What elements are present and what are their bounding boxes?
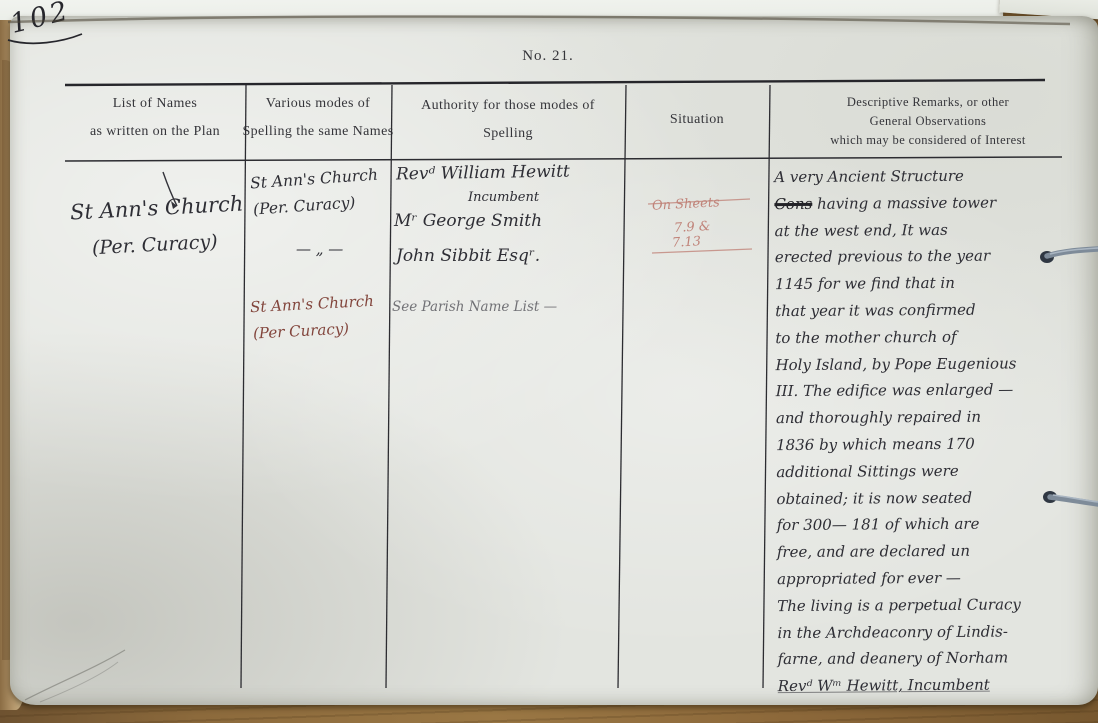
scanned-ledger-page: 102 No. 21. List of Names as written on … [0, 0, 1098, 723]
remarks-line: that year it was confirmed [775, 296, 1083, 325]
remarks-line: additional Sittings were [776, 457, 1084, 486]
remarks-line: Cons having a massive tower [774, 189, 1082, 218]
header-authority-line2: Spelling [483, 126, 533, 142]
remarks-line: 1145 for we find that in [775, 269, 1083, 298]
remarks-line: free, and are declared un [777, 537, 1085, 566]
remarks-line: Holy Island, by Pope Eugenious [775, 350, 1083, 379]
remarks-line: III. The edifice was enlarged — [776, 376, 1084, 405]
header-spelling-line1: Various modes of [266, 96, 370, 112]
remarks-line: in the Archdeaconry of Lindis- [777, 617, 1085, 646]
remarks-line: erected previous to the year [775, 242, 1083, 271]
header-remarks-line2: General Observations [870, 114, 987, 129]
header-names-line2: as written on the Plan [90, 124, 220, 140]
remarks-line: The living is a perpetual Curacy [777, 591, 1085, 620]
authority-line2: Mʳ George Smith [394, 211, 542, 231]
authority-line1: Revᵈ William Hewitt [396, 161, 570, 184]
remarks-line: appropriated for ever — [777, 564, 1085, 593]
authority-line4: See Parish Name List — [392, 299, 557, 315]
header-remarks-line1: Descriptive Remarks, or other [847, 95, 1009, 110]
authority-line1-role: Incumbent [468, 190, 539, 205]
remarks-signature-line: Revᵈ Wᵐ Hewitt, Incumbent [778, 671, 1086, 700]
header-remarks-line3: which may be considered of Interest [830, 133, 1026, 148]
remarks-line: for 300— 181 of which are [777, 510, 1085, 539]
remarks-line: A very Ancient Structure [774, 162, 1082, 191]
struck-out-word: Cons [774, 195, 812, 213]
situation-line3: 7.13 [672, 234, 702, 250]
form-number: No. 21. [522, 48, 574, 65]
spelling-ditto-mark: — „ — [296, 240, 343, 258]
remarks-line: 1836 by which means 170 [776, 430, 1084, 459]
remarks-line: at the west end, It was [775, 216, 1083, 245]
remarks-line: farne, and deanery of Norham [778, 644, 1086, 673]
remarks-text-block: A very Ancient Structure Cons having a m… [774, 162, 1086, 700]
header-names-line1: List of Names [113, 96, 198, 112]
header-authority-line1: Authority for those modes of [421, 98, 595, 114]
remarks-line: to the mother church of [775, 323, 1083, 352]
authority-line3: John Sibbit Esqʳ. [396, 246, 540, 266]
header-situation: Situation [670, 112, 724, 128]
situation-line2: 7.9 & [674, 219, 711, 236]
header-spelling-line2: Spelling the same Names [242, 124, 393, 140]
remarks-line: obtained; it is now seated [776, 483, 1084, 512]
remarks-line: and thoroughly repaired in [776, 403, 1084, 432]
